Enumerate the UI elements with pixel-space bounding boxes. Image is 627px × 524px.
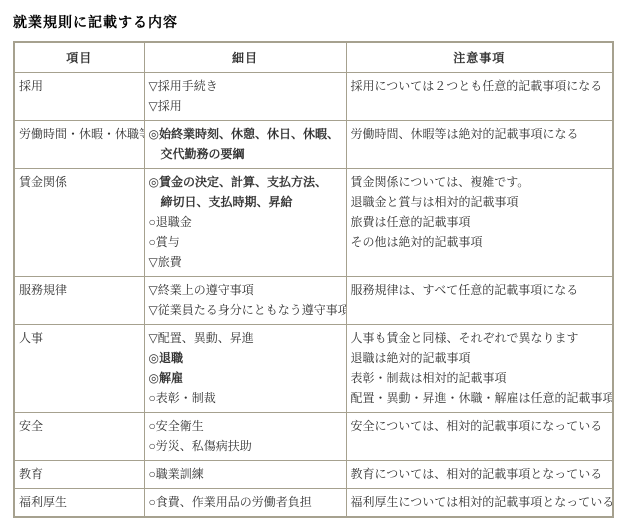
column-header-details: 細目 <box>144 42 346 73</box>
detail-line: ▽配置、異動、昇進 <box>149 328 342 348</box>
detail-line: ○食費、作業用品の労働者負担 <box>149 492 342 512</box>
item-label: 労働時間・休暇・休職等 <box>19 124 140 144</box>
table-row-anzen: 安全 ○安全衛生 ○労災、私傷病扶助 安全については、相対的記載事項になっている <box>14 413 613 461</box>
page: 就業規則に記載する内容 項目 細目 注意事項 採用 ▽採用手続き ▽採用 採用に… <box>0 0 627 524</box>
cell-details: ○安全衛生 ○労災、私傷病扶助 <box>144 413 346 461</box>
table-row-saiyou: 採用 ▽採用手続き ▽採用 採用については２つとも任意的記載事項になる <box>14 73 613 121</box>
detail-line: ▽従業員たる身分にともなう遵守事項 <box>149 300 342 320</box>
item-label: 賃金関係 <box>19 172 140 192</box>
detail-line: ▽採用 <box>149 96 342 116</box>
detail-line: ○賞与 <box>149 232 342 252</box>
note-line: 旅費は任意的記載事項 <box>351 212 609 232</box>
cell-notes: 労働時間、休暇等は絶対的記載事項になる <box>346 121 613 169</box>
table-row-fukurikousei: 福利厚生 ○食費、作業用品の労働者負担 福利厚生については相対的記載事項となって… <box>14 489 613 518</box>
item-label: 教育 <box>19 464 140 484</box>
detail-line: 締切日、支払時期、昇給 <box>149 192 342 212</box>
page-title: 就業規則に記載する内容 <box>13 12 627 32</box>
cell-details: ○食費、作業用品の労働者負担 <box>144 489 346 518</box>
cell-item: 服務規律 <box>14 277 144 325</box>
cell-notes: 人事も賃金と同様、それぞれで異なります 退職は絶対的記載事項 表彰・制裁は相対的… <box>346 325 613 413</box>
detail-line: ▽旅費 <box>149 252 342 272</box>
detail-line: ◎退職 <box>149 348 342 368</box>
item-label: 採用 <box>19 76 140 96</box>
detail-line: 交代勤務の要綱 <box>149 144 342 164</box>
detail-line: ○退職金 <box>149 212 342 232</box>
detail-line: ◎賃金の決定、計算、支払方法、 <box>149 172 342 192</box>
detail-line: ◎解雇 <box>149 368 342 388</box>
cell-notes: 教育については、相対的記載事項となっている <box>346 461 613 489</box>
note-line: 服務規律は、すべて任意的記載事項になる <box>351 280 609 300</box>
item-label: 安全 <box>19 416 140 436</box>
work-rules-table: 項目 細目 注意事項 採用 ▽採用手続き ▽採用 採用については２つとも任意的記… <box>13 41 614 518</box>
table-row-roudoujikan: 労働時間・休暇・休職等 ◎始終業時刻、休憩、休日、休暇、 交代勤務の要綱 労働時… <box>14 121 613 169</box>
note-line: その他は絶対的記載事項 <box>351 232 609 252</box>
note-line: 退職は絶対的記載事項 <box>351 348 609 368</box>
table-header-row: 項目 細目 注意事項 <box>14 42 613 73</box>
cell-details: ○職業訓練 <box>144 461 346 489</box>
cell-item: 安全 <box>14 413 144 461</box>
detail-line: ○安全衛生 <box>149 416 342 436</box>
detail-line: ▽採用手続き <box>149 76 342 96</box>
cell-details: ▽採用手続き ▽採用 <box>144 73 346 121</box>
cell-details: ▽終業上の遵守事項 ▽従業員たる身分にともなう遵守事項 <box>144 277 346 325</box>
cell-item: 福利厚生 <box>14 489 144 518</box>
item-label: 福利厚生 <box>19 492 140 512</box>
note-line: 採用については２つとも任意的記載事項になる <box>351 76 609 96</box>
detail-line: ○労災、私傷病扶助 <box>149 436 342 456</box>
note-line: 配置・異動・昇進・休職・解雇は任意的記載事項 <box>351 388 609 408</box>
column-header-notes: 注意事項 <box>346 42 613 73</box>
table-row-jinji: 人事 ▽配置、異動、昇進 ◎退職 ◎解雇 ○表彰・制裁 人事も賃金と同様、それぞ… <box>14 325 613 413</box>
note-line: 安全については、相対的記載事項になっている <box>351 416 609 436</box>
detail-line: ○表彰・制裁 <box>149 388 342 408</box>
note-line: 賃金関係については、複雑です。 <box>351 172 609 192</box>
column-header-item: 項目 <box>14 42 144 73</box>
table-row-fukumukiritsu: 服務規律 ▽終業上の遵守事項 ▽従業員たる身分にともなう遵守事項 服務規律は、す… <box>14 277 613 325</box>
cell-notes: 安全については、相対的記載事項になっている <box>346 413 613 461</box>
cell-notes: 福利厚生については相対的記載事項となっている <box>346 489 613 518</box>
cell-details: ▽配置、異動、昇進 ◎退職 ◎解雇 ○表彰・制裁 <box>144 325 346 413</box>
detail-line: ○職業訓練 <box>149 464 342 484</box>
note-line: 福利厚生については相対的記載事項となっている <box>351 492 609 512</box>
note-line: 退職金と賞与は相対的記載事項 <box>351 192 609 212</box>
note-line: 労働時間、休暇等は絶対的記載事項になる <box>351 124 609 144</box>
cell-item: 労働時間・休暇・休職等 <box>14 121 144 169</box>
cell-details: ◎賃金の決定、計算、支払方法、 締切日、支払時期、昇給 ○退職金 ○賞与 ▽旅費 <box>144 169 346 277</box>
cell-notes: 採用については２つとも任意的記載事項になる <box>346 73 613 121</box>
item-label: 服務規律 <box>19 280 140 300</box>
cell-notes: 服務規律は、すべて任意的記載事項になる <box>346 277 613 325</box>
cell-notes: 賃金関係については、複雑です。 退職金と賞与は相対的記載事項 旅費は任意的記載事… <box>346 169 613 277</box>
table-row-kyouiku: 教育 ○職業訓練 教育については、相対的記載事項となっている <box>14 461 613 489</box>
cell-item: 教育 <box>14 461 144 489</box>
note-line: 教育については、相対的記載事項となっている <box>351 464 609 484</box>
table-row-chingin: 賃金関係 ◎賃金の決定、計算、支払方法、 締切日、支払時期、昇給 ○退職金 ○賞… <box>14 169 613 277</box>
detail-line: ▽終業上の遵守事項 <box>149 280 342 300</box>
detail-line: ◎始終業時刻、休憩、休日、休暇、 <box>149 124 342 144</box>
item-label: 人事 <box>19 328 140 348</box>
note-line: 表彰・制裁は相対的記載事項 <box>351 368 609 388</box>
cell-item: 人事 <box>14 325 144 413</box>
cell-item: 採用 <box>14 73 144 121</box>
note-line: 人事も賃金と同様、それぞれで異なります <box>351 328 609 348</box>
cell-item: 賃金関係 <box>14 169 144 277</box>
cell-details: ◎始終業時刻、休憩、休日、休暇、 交代勤務の要綱 <box>144 121 346 169</box>
